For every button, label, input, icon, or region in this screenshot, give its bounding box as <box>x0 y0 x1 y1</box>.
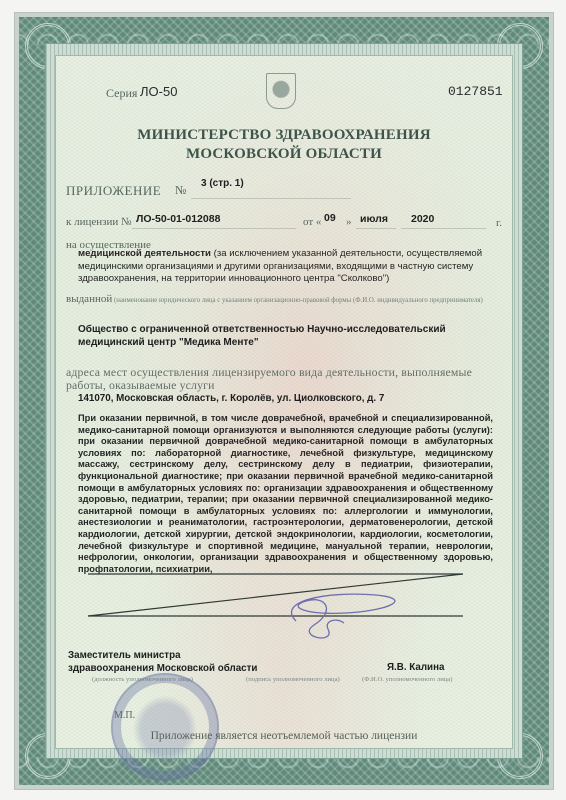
official-seal-stamp <box>111 673 219 781</box>
license-sheet: Серия ЛО-50 0127851 МИНИСТЕРСТВО ЗДРАВОО… <box>14 12 554 790</box>
signatory-name: Я.В. Калина <box>387 662 444 673</box>
document-body: Серия ЛО-50 0127851 МИНИСТЕРСТВО ЗДРАВОО… <box>55 55 513 749</box>
signatory-position: Заместитель министра здравоохранения Мос… <box>68 649 257 675</box>
caption-name: (Ф.И.О. уполномоченного лица) <box>362 676 452 683</box>
stamp-label: М.П. <box>114 710 135 721</box>
footer-note: Приложение является неотъемлемой частью … <box>56 730 512 742</box>
signatory-position-line1: Заместитель министра <box>68 649 257 662</box>
signature-scribble <box>266 581 416 651</box>
caption-signature: (подпись уполномоченного лица) <box>246 676 340 683</box>
